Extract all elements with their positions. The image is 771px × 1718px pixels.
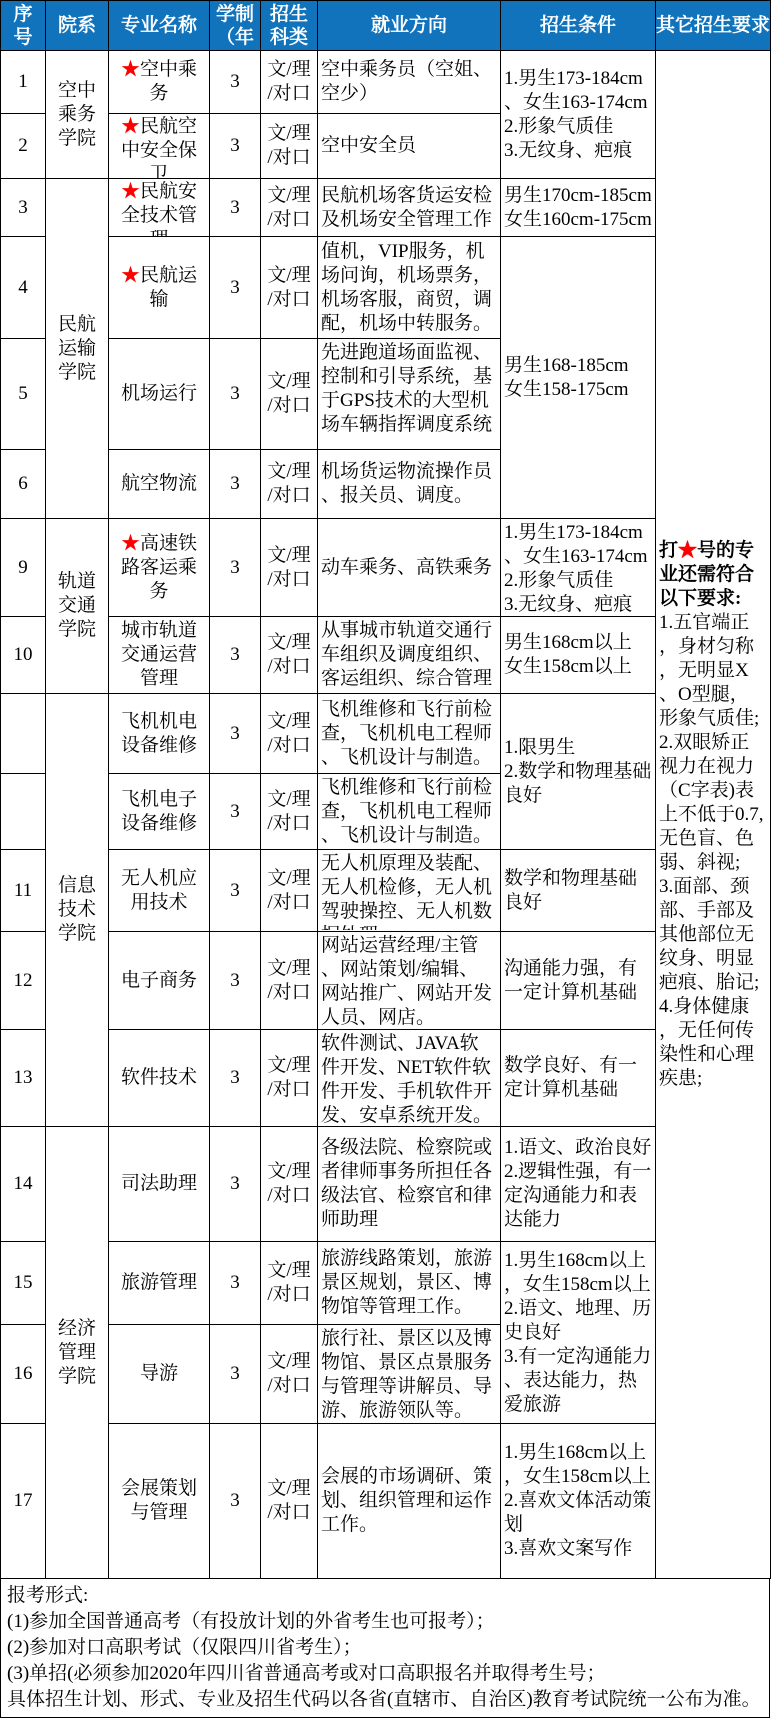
footer-line: (3)单招(必须参加2020年四川省普通高考或对口高职报名并取得考生号； — [7, 1661, 763, 1687]
condition-item: 2.形象气质佳 — [504, 569, 652, 593]
college-cell: 经济管理学院 — [46, 1127, 109, 1579]
column-header-years: 学制 （年 — [210, 1, 261, 51]
category-cell: 文/理 /对口 — [261, 694, 318, 774]
row-number-cell: 1 — [1, 51, 46, 114]
duration-cell: 3 — [210, 1127, 261, 1242]
row-number-cell: 10 — [1, 617, 46, 694]
table-row: 17会展策划与管理3文/理 /对口会展的市场调研、策划、组织管理和运作工作。1.… — [1, 1424, 771, 1579]
duration-cell: 3 — [210, 339, 261, 450]
major-cell: 飞机机电设备维修 — [109, 694, 210, 774]
table-row: 14经济管理学院司法助理3文/理 /对口各级法院、检察院或者律师事务所担任各级法… — [1, 1127, 771, 1242]
duration-cell: 3 — [210, 1325, 261, 1424]
row-number-cell: 16 — [1, 1325, 46, 1424]
header-row: 序 号院系专业名称学制 （年招生 科类就业方向招生条件其它招生要求 — [1, 1, 771, 51]
row-number-cell: 9 — [1, 519, 46, 617]
row-number-cell: 15 — [1, 1242, 46, 1325]
condition-cell: 1.语文、政治良好2.逻辑性强，有一定沟通能力和表达能力 — [501, 1127, 656, 1242]
table-row: 3民航运输学院★民航安全技术管理3文/理 /对口民航机场客货运安检及机场安全管理… — [1, 179, 771, 237]
major-cell: 导游 — [109, 1325, 210, 1424]
career-cell: 空中安全员 — [318, 114, 501, 179]
duration-cell: 3 — [210, 519, 261, 617]
condition-item: 1.男生173-184cm、女生163-174cm — [504, 67, 652, 115]
table-row: 4★民航运输3文/理 /对口值机，VIP服务，机场问询，机场票务，机场客服，商贸… — [1, 237, 771, 339]
row-number-cell — [1, 694, 46, 774]
footer-line: 报考形式: — [7, 1583, 763, 1609]
condition-item: 男生170cm-185cm — [504, 184, 652, 208]
duration-cell: 3 — [210, 1030, 261, 1127]
category-cell: 文/理 /对口 — [261, 1127, 318, 1242]
table-row: 9轨道交通学院★高速铁路客运乘务3文/理 /对口动车乘务、高铁乘务1.男生173… — [1, 519, 771, 617]
column-header-college: 院系 — [46, 1, 109, 51]
condition-cell: 男生168cm以上女生158cm以上 — [501, 617, 656, 694]
duration-cell: 3 — [210, 179, 261, 237]
condition-item: 数学和物理基础良好 — [504, 867, 652, 915]
condition-cell: 数学良好、有一定计算机基础 — [501, 1030, 656, 1127]
category-cell: 文/理 /对口 — [261, 617, 318, 694]
duration-cell: 3 — [210, 237, 261, 339]
major-cell: 电子商务 — [109, 932, 210, 1030]
condition-item: 3.有一定沟通能力、表达能力，热爱旅游 — [504, 1345, 652, 1417]
star-icon: ★ — [121, 116, 140, 137]
star-icon: ★ — [121, 265, 140, 286]
column-header-condition: 招生条件 — [501, 1, 656, 51]
admissions-table: 序 号院系专业名称学制 （年招生 科类就业方向招生条件其它招生要求 1空中乘务学… — [0, 0, 771, 1579]
column-header-career: 就业方向 — [318, 1, 501, 51]
category-cell: 文/理 /对口 — [261, 179, 318, 237]
major-cell: 旅游管理 — [109, 1242, 210, 1325]
condition-cell: 1.男生173-184cm、女生163-174cm2.形象气质佳3.无纹身、疤痕 — [501, 51, 656, 179]
duration-cell: 3 — [210, 850, 261, 932]
row-number-cell: 2 — [1, 114, 46, 179]
row-number-cell: 17 — [1, 1424, 46, 1579]
career-cell: 网站运营经理/主管、网站策划/编辑、网站推广、网站开发人员、网店。 — [318, 932, 501, 1030]
row-number-cell: 5 — [1, 339, 46, 450]
row-number-cell: 11 — [1, 850, 46, 932]
condition-item: 沟通能力强，有一定计算机基础 — [504, 957, 652, 1005]
row-number-cell — [1, 774, 46, 850]
condition-cell: 沟通能力强，有一定计算机基础 — [501, 932, 656, 1030]
row-number-cell: 3 — [1, 179, 46, 237]
career-cell: 旅游线路策划，旅游景区规划，景区、博物馆等管理工作。 — [318, 1242, 501, 1325]
career-cell: 值机，VIP服务，机场问询，机场票务，机场客服，商贸，调配，机场中转服务。 — [318, 237, 501, 339]
career-cell: 各级法院、检察院或者律师事务所担任各级法官、检察官和律师助理 — [318, 1127, 501, 1242]
table-row: 13软件技术3文/理 /对口软件测试、JAVA软件开发、NET软件软件开发、手机… — [1, 1030, 771, 1127]
condition-item: 1.男生168cm以上，女生158cm以上 — [504, 1441, 652, 1489]
career-cell: 民航机场客货运安检及机场安全管理工作 — [318, 179, 501, 237]
category-cell: 文/理 /对口 — [261, 1325, 318, 1424]
table-row: 10城市轨道交通运营管理3文/理 /对口从事城市轨道交通行车组织及调度组织、客运… — [1, 617, 771, 694]
condition-cell: 1.男生168cm以上，女生158cm以上2.语文、地理、历史良好3.有一定沟通… — [501, 1242, 656, 1424]
duration-cell: 3 — [210, 1242, 261, 1325]
category-cell: 文/理 /对口 — [261, 237, 318, 339]
career-cell: 动车乘务、高铁乘务 — [318, 519, 501, 617]
condition-cell: 1.男生168cm以上，女生158cm以上2.喜欢文体活动策划3.喜欢文案写作 — [501, 1424, 656, 1579]
other-requirement-item: 2.双眼矫正视力在视力（C字表)表上不低于0.7,无色盲、色弱、斜视; — [659, 731, 767, 875]
row-number-cell: 14 — [1, 1127, 46, 1242]
column-header-other: 其它招生要求 — [656, 1, 771, 51]
career-cell: 会展的市场调研、策划、组织管理和运作工作。 — [318, 1424, 501, 1579]
category-cell: 文/理 /对口 — [261, 774, 318, 850]
condition-item: 3.无纹身、疤痕 — [504, 593, 652, 615]
condition-item: 男生168-185cm — [504, 354, 652, 378]
major-cell: ★民航空中安全保卫 — [109, 114, 210, 179]
table-header: 序 号院系专业名称学制 （年招生 科类就业方向招生条件其它招生要求 — [1, 1, 771, 51]
condition-item: 3.喜欢文案写作 — [504, 1537, 652, 1561]
other-requirement-item: 1.五官端正，身材匀称，无明显X、O型腿，形象气质佳; — [659, 611, 767, 731]
category-cell: 文/理 /对口 — [261, 1030, 318, 1127]
major-cell: 飞机电子设备维修 — [109, 774, 210, 850]
table-row: 15旅游管理3文/理 /对口旅游线路策划，旅游景区规划，景区、博物馆等管理工作。… — [1, 1242, 771, 1325]
column-header-no: 序 号 — [1, 1, 46, 51]
category-cell: 文/理 /对口 — [261, 339, 318, 450]
footer-line: 具体招生计划、形式、专业及招生代码以各省(直辖市、自治区)教育考试院统一公布为准… — [7, 1687, 763, 1713]
condition-item: 1.男生173-184cm、女生163-174cm — [504, 521, 652, 569]
admissions-page: 序 号院系专业名称学制 （年招生 科类就业方向招生条件其它招生要求 1空中乘务学… — [0, 0, 771, 1718]
category-cell: 文/理 /对口 — [261, 450, 318, 519]
table-row: 11无人机应用技术3文/理 /对口无人机原理及装配、无人机检修，无人机驾驶操控、… — [1, 850, 771, 932]
condition-item: 1.限男生 — [504, 736, 652, 760]
condition-item: 2.喜欢文体活动策划 — [504, 1489, 652, 1537]
condition-item: 1.男生168cm以上，女生158cm以上 — [504, 1249, 652, 1297]
major-cell: 司法助理 — [109, 1127, 210, 1242]
career-cell: 机场货运物流操作员、报关员、调度。 — [318, 450, 501, 519]
row-number-cell: 12 — [1, 932, 46, 1030]
career-cell: 飞机维修和飞行前检查，飞机机电工程师、飞机设计与制造。 — [318, 694, 501, 774]
college-cell: 空中乘务学院 — [46, 51, 109, 179]
duration-cell: 3 — [210, 694, 261, 774]
condition-cell: 男生170cm-185cm女生160cm-175cm — [501, 179, 656, 237]
column-header-category: 招生 科类 — [261, 1, 318, 51]
condition-item: 女生158-175cm — [504, 378, 652, 402]
condition-cell: 数学和物理基础良好 — [501, 850, 656, 932]
major-cell: 航空物流 — [109, 450, 210, 519]
college-cell: 轨道交通学院 — [46, 519, 109, 694]
footer-line: (1)参加全国普通高考（有投放计划的外省考生也可报考）； — [7, 1609, 763, 1635]
career-cell: 软件测试、JAVA软件开发、NET软件软件开发、手机软件开发、安卓系统开发。 — [318, 1030, 501, 1127]
condition-item: 女生160cm-175cm — [504, 208, 652, 232]
major-cell: 机场运行 — [109, 339, 210, 450]
other-requirement-item: 4.身体健康，无任何传染性和心理疾患; — [659, 995, 767, 1091]
star-icon: ★ — [121, 59, 140, 80]
duration-cell: 3 — [210, 114, 261, 179]
duration-cell: 3 — [210, 51, 261, 114]
career-cell: 飞机维修和飞行前检查，飞机机电工程师、飞机设计与制造。 — [318, 774, 501, 850]
category-cell: 文/理 /对口 — [261, 932, 318, 1030]
duration-cell: 3 — [210, 617, 261, 694]
career-cell: 先进跑道场面监视、控制和引导系统，基于GPS技术的大型机场车辆指挥调度系统。 — [318, 339, 501, 450]
major-cell: 软件技术 — [109, 1030, 210, 1127]
star-icon: ★ — [678, 540, 697, 561]
major-cell: 无人机应用技术 — [109, 850, 210, 932]
condition-cell: 1.限男生2.数学和物理基础良好 — [501, 694, 656, 850]
row-number-cell: 6 — [1, 450, 46, 519]
condition-item: 2.形象气质佳 — [504, 115, 652, 139]
category-cell: 文/理 /对口 — [261, 519, 318, 617]
other-requirements-cell: 打★号的专业还需符合以下要求:1.五官端正，身材匀称，无明显X、O型腿，形象气质… — [656, 51, 771, 1579]
condition-item: 1.语文、政治良好 — [504, 1136, 652, 1160]
duration-cell: 3 — [210, 1424, 261, 1579]
condition-cell: 男生168-185cm女生158-175cm — [501, 237, 656, 519]
application-notes: 报考形式:(1)参加全国普通高考（有投放计划的外省考生也可报考）；(2)参加对口… — [0, 1579, 770, 1718]
category-cell: 文/理 /对口 — [261, 1242, 318, 1325]
table-row: 信息技术学院飞机机电设备维修3文/理 /对口飞机维修和飞行前检查，飞机机电工程师… — [1, 694, 771, 774]
other-requirement-item: 3.面部、颈部、手部及其他部位无纹身、明显疤痕、胎记; — [659, 875, 767, 995]
condition-item: 2.语文、地理、历史良好 — [504, 1297, 652, 1345]
career-cell: 空中乘务员（空姐、空少） — [318, 51, 501, 114]
condition-item: 2.逻辑性强，有一定沟通能力和表达能力 — [504, 1160, 652, 1232]
major-cell: ★高速铁路客运乘务 — [109, 519, 210, 617]
table-row: 1空中乘务学院★空中乘务3文/理 /对口空中乘务员（空姐、空少）1.男生173-… — [1, 51, 771, 114]
row-number-cell: 4 — [1, 237, 46, 339]
major-cell: ★空中乘务 — [109, 51, 210, 114]
career-cell: 从事城市轨道交通行车组织及调度组织、客运组织、综合管理工作。 — [318, 617, 501, 694]
star-icon: ★ — [121, 533, 140, 554]
table-body: 1空中乘务学院★空中乘务3文/理 /对口空中乘务员（空姐、空少）1.男生173-… — [1, 51, 771, 1579]
career-cell: 旅行社、景区以及博物馆、景区点景服务与管理等讲解员、导游、旅游领队等。 — [318, 1325, 501, 1424]
condition-item: 男生168cm以上 — [504, 631, 652, 655]
major-cell: 城市轨道交通运营管理 — [109, 617, 210, 694]
duration-cell: 3 — [210, 774, 261, 850]
star-icon: ★ — [121, 181, 140, 202]
condition-item: 3.无纹身、疤痕 — [504, 139, 652, 163]
category-cell: 文/理 /对口 — [261, 1424, 318, 1579]
college-cell: 信息技术学院 — [46, 694, 109, 1127]
column-header-major: 专业名称 — [109, 1, 210, 51]
condition-item: 女生158cm以上 — [504, 655, 652, 679]
major-cell: 会展策划与管理 — [109, 1424, 210, 1579]
condition-item: 2.数学和物理基础良好 — [504, 760, 652, 808]
major-cell: ★民航安全技术管理 — [109, 179, 210, 237]
career-cell: 无人机原理及装配、无人机检修，无人机驾驶操控、无人机数据处理。 — [318, 850, 501, 932]
other-requirements-title: 打★号的专业还需符合以下要求: — [659, 539, 767, 611]
major-cell: ★民航运输 — [109, 237, 210, 339]
category-cell: 文/理 /对口 — [261, 114, 318, 179]
row-number-cell: 13 — [1, 1030, 46, 1127]
duration-cell: 3 — [210, 450, 261, 519]
category-cell: 文/理 /对口 — [261, 51, 318, 114]
category-cell: 文/理 /对口 — [261, 850, 318, 932]
condition-cell: 1.男生173-184cm、女生163-174cm2.形象气质佳3.无纹身、疤痕 — [501, 519, 656, 617]
duration-cell: 3 — [210, 932, 261, 1030]
footer-line: (2)参加对口高职考试（仅限四川省考生）； — [7, 1635, 763, 1661]
table-row: 12电子商务3文/理 /对口网站运营经理/主管、网站策划/编辑、网站推广、网站开… — [1, 932, 771, 1030]
condition-item: 数学良好、有一定计算机基础 — [504, 1054, 652, 1102]
college-cell: 民航运输学院 — [46, 179, 109, 519]
